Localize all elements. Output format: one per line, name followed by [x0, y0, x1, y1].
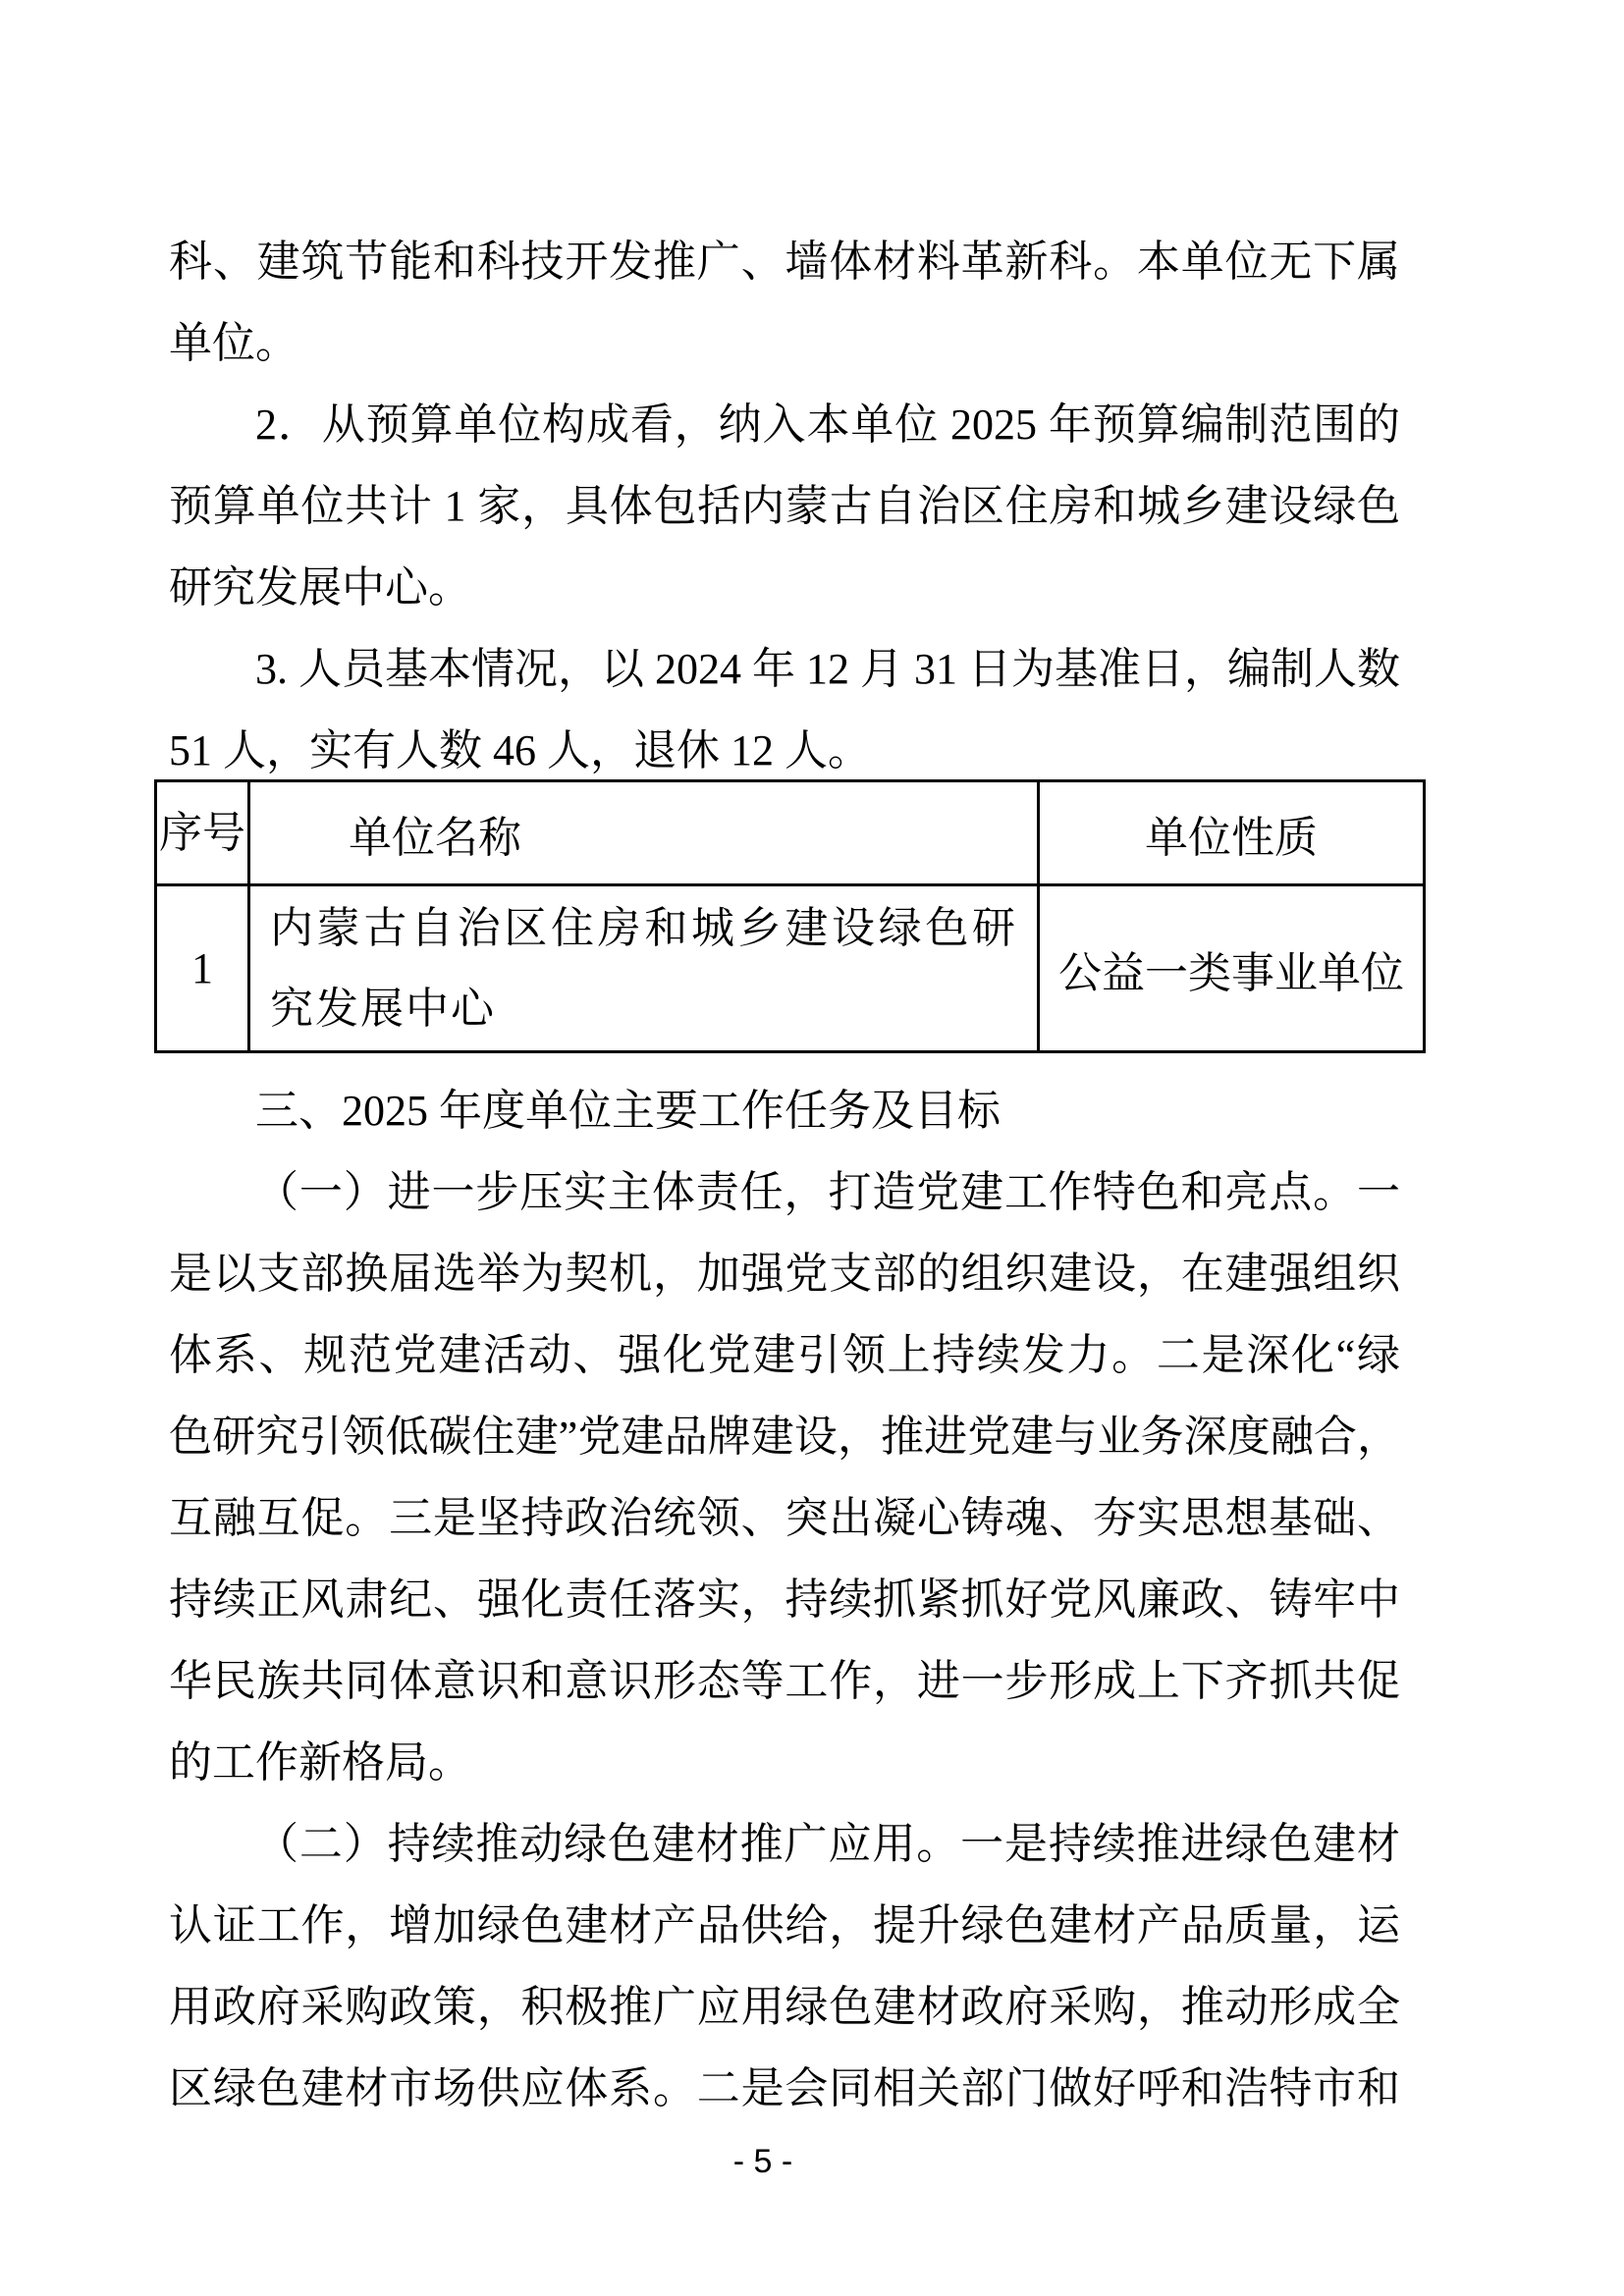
body-line: 体系、规范党建活动、强化党建引领上持续发力。二是深化“绿	[169, 1314, 1400, 1396]
table-header-cell-nature: 单位性质	[1039, 781, 1425, 885]
body-line: 预算单位共计 1 家，具体包括内蒙古自治区住房和城乡建设绿色	[169, 465, 1400, 547]
body-line: 区绿色建材市场供应体系。二是会同相关部门做好呼和浩特市和	[169, 2048, 1400, 2129]
body-line: 2．从预算单位构成看，纳入本单位 2025 年预算编制范围的	[169, 384, 1400, 465]
body-line: 色研究引领低碳住建”党建品牌建设，推进党建与业务深度融合，	[169, 1396, 1400, 1477]
document-page: 科、建筑节能和科技开发推广、墙体材料革新科。本单位无下属 单位。 2．从预算单位…	[0, 0, 1624, 2296]
body-line: 单位。	[169, 302, 1400, 384]
body-line: 的工作新格局。	[169, 1722, 1400, 1803]
body-line: 认证工作，增加绿色建材产品供给，提升绿色建材产品质量，运	[169, 1885, 1400, 1966]
body-line: 研究发展中心。	[169, 547, 1400, 628]
body-line: 互融互促。三是坚持政治统领、突出凝心铸魂、夯实思想基础、	[169, 1477, 1400, 1559]
table-cell-nature: 公益一类事业单位	[1039, 885, 1425, 1052]
section-heading: 三、2025 年度单位主要工作任务及目标	[169, 1070, 1400, 1151]
body-line: 持续正风肃纪、强化责任落实，持续抓紧抓好党风廉政、铸牢中	[169, 1559, 1400, 1640]
table-header-cell-name: 单位名称	[249, 781, 1039, 885]
units-table: 序号 单位名称 单位性质 1 内蒙古自治区住房和城乡建设绿色研究发展中心 公益一…	[154, 779, 1426, 1053]
table-cell-name: 内蒙古自治区住房和城乡建设绿色研究发展中心	[249, 885, 1039, 1052]
table-row: 1 内蒙古自治区住房和城乡建设绿色研究发展中心 公益一类事业单位	[156, 885, 1425, 1052]
body-line: 用政府采购政策，积极推广应用绿色建材政府采购，推动形成全	[169, 1966, 1400, 2048]
table-cell-seq: 1	[156, 885, 249, 1052]
body-line: 3. 人员基本情况，以 2024 年 12 月 31 日为基准日，编制人数	[169, 628, 1400, 710]
body-text-bottom: 三、2025 年度单位主要工作任务及目标 （一）进一步压实主体责任，打造党建工作…	[169, 1070, 1400, 2129]
body-line: （一）进一步压实主体责任，打造党建工作特色和亮点。一	[169, 1151, 1400, 1233]
body-text-top: 科、建筑节能和科技开发推广、墙体材料革新科。本单位无下属 单位。 2．从预算单位…	[169, 221, 1400, 791]
body-line: 科、建筑节能和科技开发推广、墙体材料革新科。本单位无下属	[169, 221, 1400, 302]
body-line: 是以支部换届选举为契机，加强党支部的组织建设，在建强组织	[169, 1233, 1400, 1314]
table-header-row: 序号 单位名称 单位性质	[156, 781, 1425, 885]
body-line: 华民族共同体意识和意识形态等工作，进一步形成上下齐抓共促	[169, 1640, 1400, 1722]
body-line: （二）持续推动绿色建材推广应用。一是持续推进绿色建材	[169, 1803, 1400, 1885]
page-number: - 5 -	[169, 2144, 1357, 2179]
table-header-cell-seq: 序号	[156, 781, 249, 885]
